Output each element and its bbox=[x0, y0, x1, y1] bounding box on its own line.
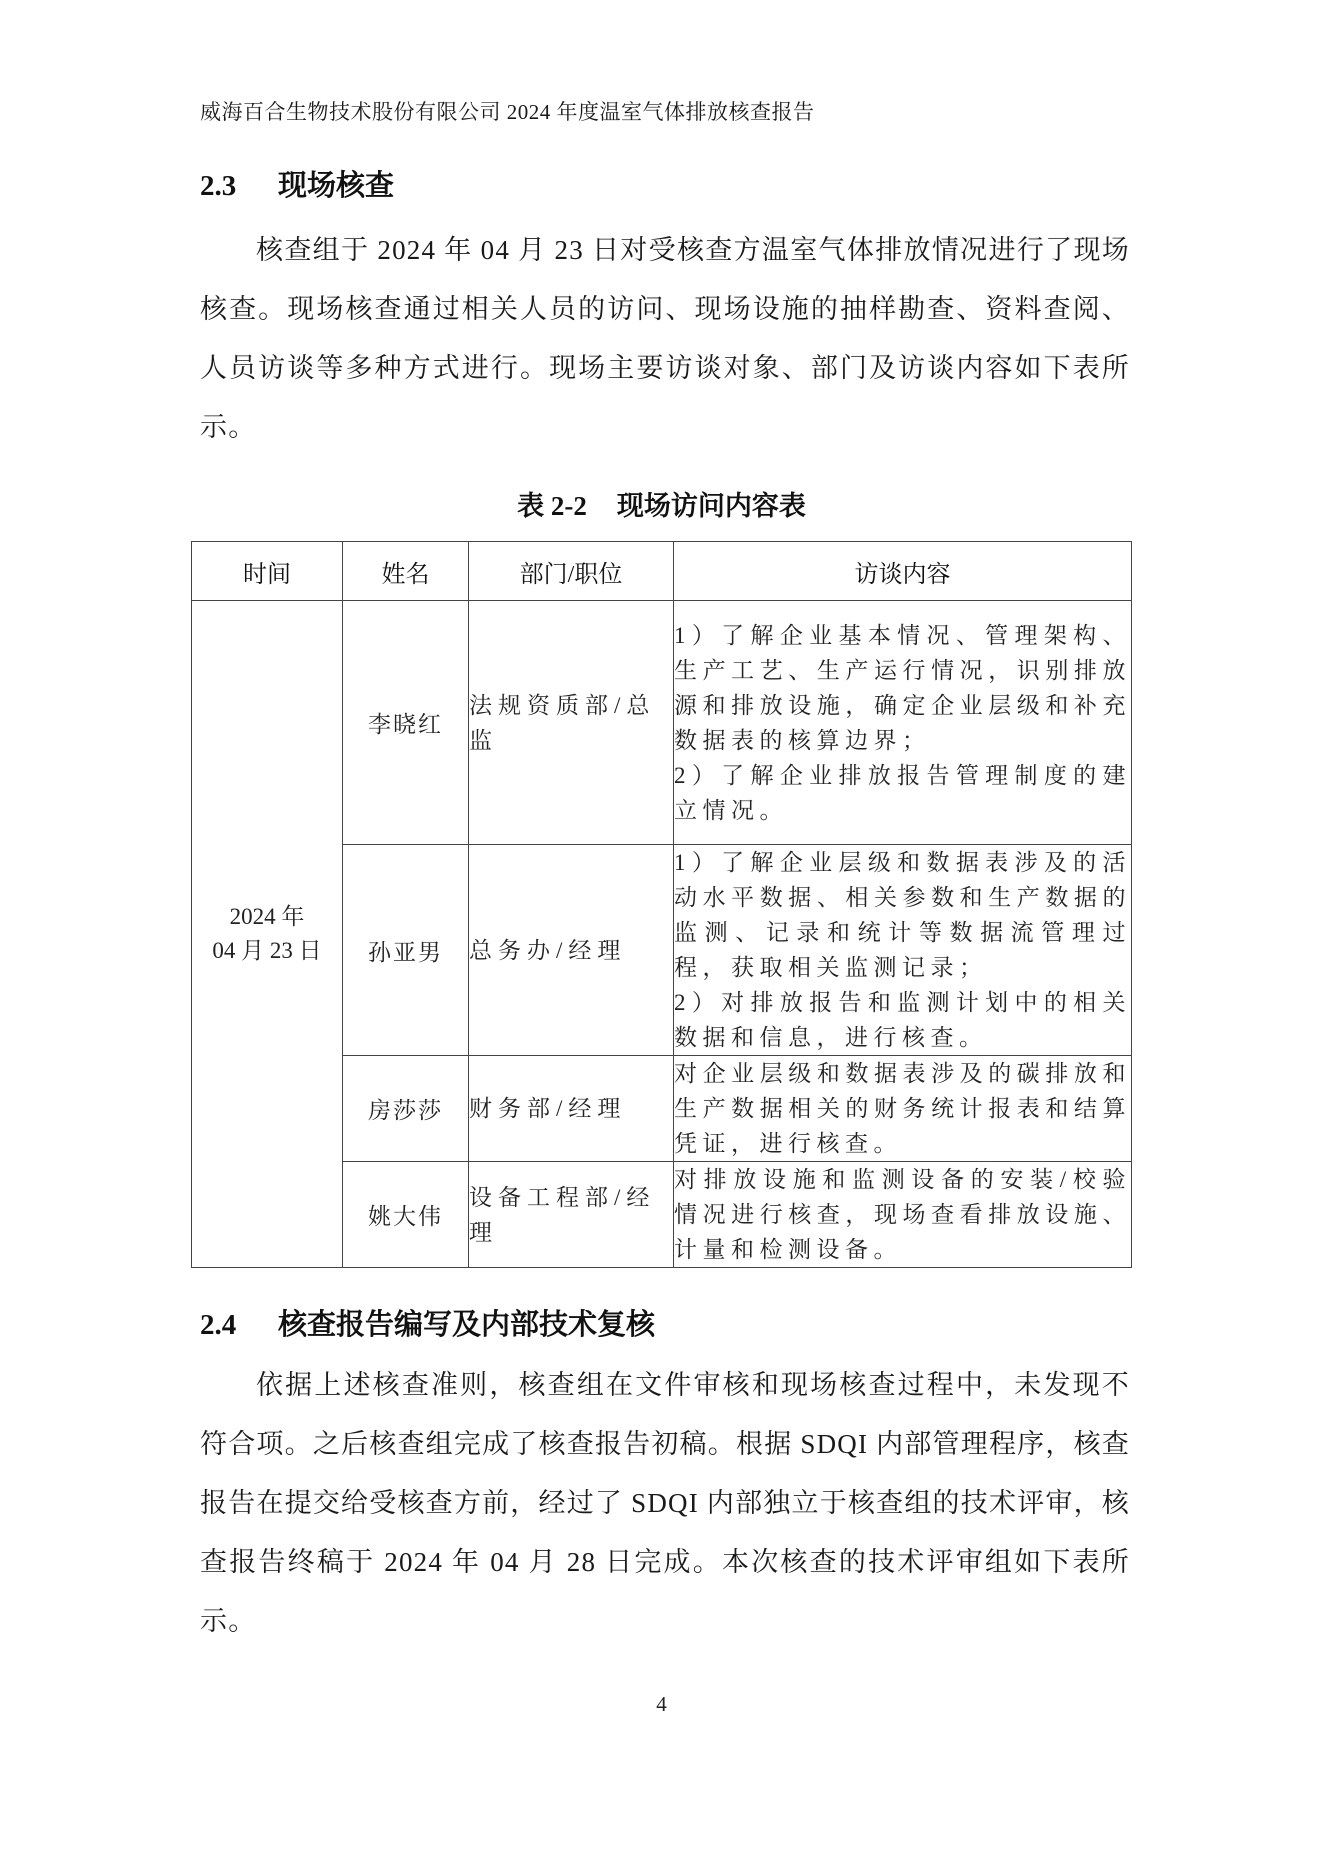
interviewee-dept: 总务办/经理 bbox=[469, 845, 674, 1056]
header-name: 姓名 bbox=[343, 542, 469, 601]
table-row: 2024 年 04 月 23 日 李晓红 法规资质部/总监 1）了解企业基本情况… bbox=[192, 601, 1132, 845]
content-item: 对企业层级和数据表涉及的碳排放和生产数据相关的财务统计报表和结算凭证，进行核查。 bbox=[674, 1056, 1131, 1161]
content-item: 2）了解企业排放报告管理制度的建立情况。 bbox=[674, 758, 1131, 828]
section-heading-2-4: 2.4核查报告编写及内部技术复核 bbox=[200, 1302, 655, 1343]
table-caption-title: 现场访问内容表 bbox=[617, 491, 806, 521]
interviewee-name: 孙亚男 bbox=[343, 845, 469, 1056]
header-dept: 部门/职位 bbox=[469, 542, 674, 601]
page-number: 4 bbox=[0, 1692, 1323, 1717]
content-item: 1）了解企业层级和数据表涉及的活动水平数据、相关参数和生产数据的监测、记录和统计… bbox=[674, 845, 1131, 985]
interview-table: 时间 姓名 部门/职位 访谈内容 2024 年 04 月 23 日 李晓红 法规… bbox=[191, 541, 1132, 1268]
content-item: 对排放设施和监测设备的安装/校验情况进行核查，现场查看排放设施、计量和检测设备。 bbox=[674, 1162, 1131, 1267]
interviewee-name: 李晓红 bbox=[343, 601, 469, 845]
date-line: 2024 年 bbox=[192, 900, 342, 934]
header-time: 时间 bbox=[192, 542, 343, 601]
content-item: 1）了解企业基本情况、管理架构、生产工艺、生产运行情况，识别排放源和排放设施，确… bbox=[674, 618, 1131, 758]
interview-content: 1）了解企业层级和数据表涉及的活动水平数据、相关参数和生产数据的监测、记录和统计… bbox=[674, 845, 1132, 1056]
date-line: 04 月 23 日 bbox=[192, 934, 342, 968]
interviewee-dept: 法规资质部/总监 bbox=[469, 601, 674, 845]
interview-content: 1）了解企业基本情况、管理架构、生产工艺、生产运行情况，识别排放源和排放设施，确… bbox=[674, 601, 1132, 845]
header-content: 访谈内容 bbox=[674, 542, 1132, 601]
table-header-row: 时间 姓名 部门/职位 访谈内容 bbox=[192, 542, 1132, 601]
interviewee-name: 房莎莎 bbox=[343, 1056, 469, 1162]
interview-content: 对企业层级和数据表涉及的碳排放和生产数据相关的财务统计报表和结算凭证，进行核查。 bbox=[674, 1056, 1132, 1162]
section-number: 2.4 bbox=[200, 1309, 278, 1342]
table-caption: 表 2-2现场访问内容表 bbox=[0, 484, 1323, 523]
section-heading-2-3: 2.3现场核查 bbox=[200, 163, 394, 204]
section-2-4-paragraph: 依据上述核查准则，核查组在文件审核和现场核查过程中，未发现不符合项。之后核查组完… bbox=[200, 1356, 1130, 1651]
interview-date-cell: 2024 年 04 月 23 日 bbox=[192, 601, 343, 1268]
section-2-3-paragraph: 核查组于 2024 年 04 月 23 日对受核查方温室气体排放情况进行了现场核… bbox=[200, 221, 1130, 457]
content-item: 2）对排放报告和监测计划中的相关数据和信息，进行核查。 bbox=[674, 985, 1131, 1055]
interviewee-dept: 财务部/经理 bbox=[469, 1056, 674, 1162]
interview-content: 对排放设施和监测设备的安装/校验情况进行核查，现场查看排放设施、计量和检测设备。 bbox=[674, 1162, 1132, 1268]
interviewee-name: 姚大伟 bbox=[343, 1162, 469, 1268]
section-title: 核查报告编写及内部技术复核 bbox=[278, 1309, 655, 1341]
section-title: 现场核查 bbox=[278, 170, 394, 202]
interviewee-dept: 设备工程部/经理 bbox=[469, 1162, 674, 1268]
table-caption-number: 表 2-2 bbox=[517, 491, 587, 521]
section-number: 2.3 bbox=[200, 170, 278, 203]
running-header: 威海百合生物技术股份有限公司 2024 年度温室气体排放核查报告 bbox=[200, 96, 815, 126]
